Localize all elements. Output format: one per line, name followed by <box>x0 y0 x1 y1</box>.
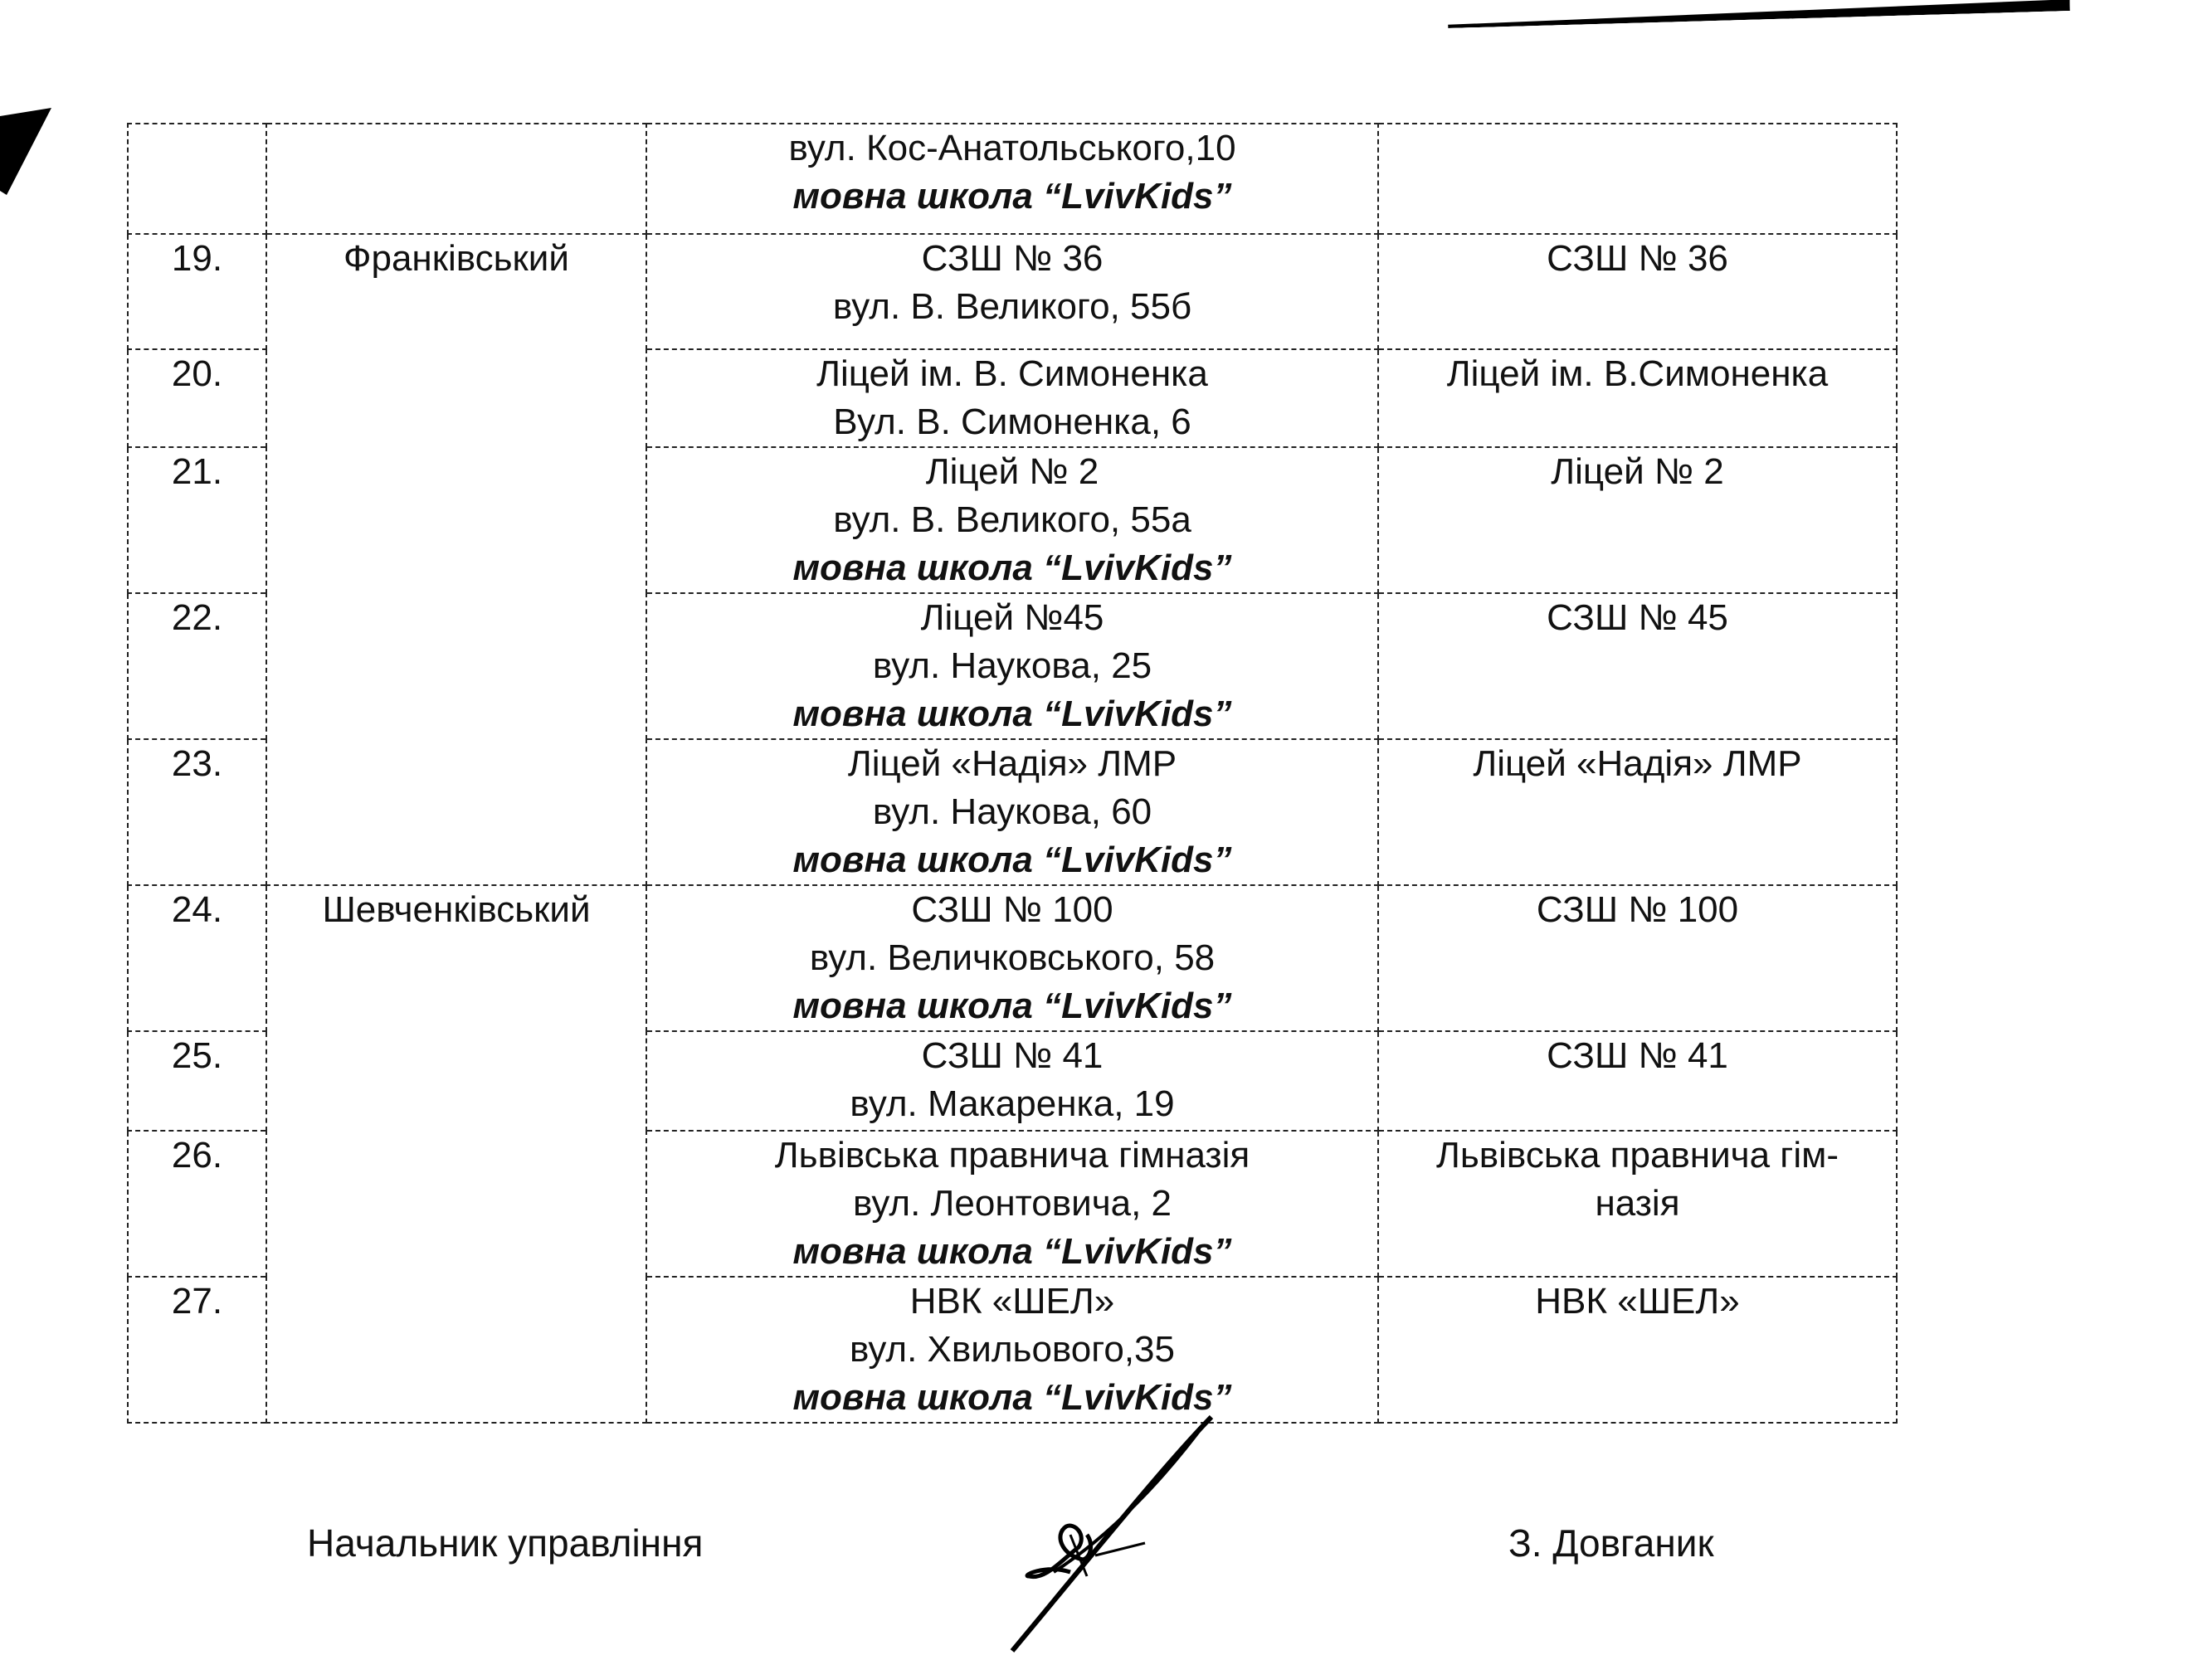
address-line: вул. Кос-Анатольського,10 <box>655 124 1369 173</box>
signature-icon <box>996 1410 1245 1659</box>
address-line: вул. Макаренка, 19 <box>655 1080 1369 1128</box>
school-name: СЗШ № 100 <box>655 886 1369 934</box>
address-cell: НВК «ШЕЛ» вул. Хвильового,35 мовна школа… <box>646 1277 1378 1423</box>
row-number: 20. <box>128 349 266 447</box>
address-cell: вул. Кос-Анатольського,10 мовна школа “L… <box>646 124 1378 234</box>
school-name: Ліцей №45 <box>655 594 1369 642</box>
language-school-note: мовна школа “LvivKids” <box>655 982 1369 1030</box>
school-name: Ліцей «Надія» ЛМР <box>655 740 1369 788</box>
language-school-note: мовна школа “LvivKids” <box>655 1228 1369 1276</box>
school-name: Львівська правнича гімназія <box>655 1132 1369 1180</box>
signatory-position: Начальник управління <box>307 1521 703 1565</box>
address-cell: Ліцей «Надія» ЛМР вул. Наукова, 60 мовна… <box>646 739 1378 885</box>
target-school-cell: СЗШ № 45 <box>1378 593 1897 739</box>
target-school-cell: Ліцей № 2 <box>1378 447 1897 593</box>
row-number <box>128 124 266 234</box>
scan-artifact-corner <box>0 108 53 195</box>
signatory-name: З. Довганик <box>1508 1521 1714 1565</box>
language-school-note: мовна школа “LvivKids” <box>655 690 1369 738</box>
school-name: Ліцей ім. В. Симоненка <box>655 350 1369 398</box>
address-line: вул. Величковського, 58 <box>655 934 1369 982</box>
address-line: вул. Наукова, 60 <box>655 788 1369 836</box>
address-line: вул. В. Великого, 55а <box>655 496 1369 544</box>
address-cell: СЗШ № 36 вул. В. Великого, 55б <box>646 234 1378 349</box>
school-name: НВК «ШЕЛ» <box>655 1278 1369 1326</box>
row-number: 23. <box>128 739 266 885</box>
address-line: вул. Наукова, 25 <box>655 642 1369 690</box>
target-school-cell: СЗШ № 100 <box>1378 885 1897 1031</box>
address-cell: Ліцей № 2 вул. В. Великого, 55а мовна шк… <box>646 447 1378 593</box>
row-number: 27. <box>128 1277 266 1423</box>
school-name: СЗШ № 41 <box>655 1032 1369 1080</box>
school-name: СЗШ № 36 <box>655 235 1369 283</box>
language-school-note: мовна школа “LvivKids” <box>655 173 1369 221</box>
scan-artifact-line <box>1448 0 2070 28</box>
target-school-cell: СЗШ № 36 <box>1378 234 1897 349</box>
target-school-cell: Ліцей ім. В.Симоненка <box>1378 349 1897 447</box>
target-school-cell <box>1378 124 1897 234</box>
district-cell: Шевченківський <box>266 885 646 1423</box>
language-school-note: мовна школа “LvivKids” <box>655 836 1369 884</box>
target-school-cell: Львівська правнича гім-назія <box>1378 1131 1897 1277</box>
schools-table: вул. Кос-Анатольського,10 мовна школа “L… <box>127 123 1898 1424</box>
address-line: Вул. В. Симоненка, 6 <box>655 398 1369 446</box>
row-number: 21. <box>128 447 266 593</box>
row-number: 19. <box>128 234 266 349</box>
table-row: вул. Кос-Анатольського,10 мовна школа “L… <box>128 124 1897 234</box>
target-school-cell: НВК «ШЕЛ» <box>1378 1277 1897 1423</box>
district-cell: Франківський <box>266 234 646 885</box>
address-line: вул. Леонтовича, 2 <box>655 1180 1369 1228</box>
table-row: 19. Франківський СЗШ № 36 вул. В. Велико… <box>128 234 1897 349</box>
row-number: 22. <box>128 593 266 739</box>
row-number: 24. <box>128 885 266 1031</box>
address-line: вул. В. Великого, 55б <box>655 283 1369 331</box>
address-cell: Львівська правнича гімназія вул. Леонтов… <box>646 1131 1378 1277</box>
district-cell <box>266 124 646 234</box>
target-school-cell: СЗШ № 41 <box>1378 1031 1897 1131</box>
address-cell: СЗШ № 41 вул. Макаренка, 19 <box>646 1031 1378 1131</box>
row-number: 26. <box>128 1131 266 1277</box>
target-school-cell: Ліцей «Надія» ЛМР <box>1378 739 1897 885</box>
address-cell: Ліцей ім. В. Симоненка Вул. В. Симоненка… <box>646 349 1378 447</box>
address-cell: СЗШ № 100 вул. Величковського, 58 мовна … <box>646 885 1378 1031</box>
table-row: 24. Шевченківський СЗШ № 100 вул. Величк… <box>128 885 1897 1031</box>
address-line: вул. Хвильового,35 <box>655 1326 1369 1374</box>
row-number: 25. <box>128 1031 266 1131</box>
school-name: Ліцей № 2 <box>655 448 1369 496</box>
language-school-note: мовна школа “LvivKids” <box>655 544 1369 592</box>
address-cell: Ліцей №45 вул. Наукова, 25 мовна школа “… <box>646 593 1378 739</box>
